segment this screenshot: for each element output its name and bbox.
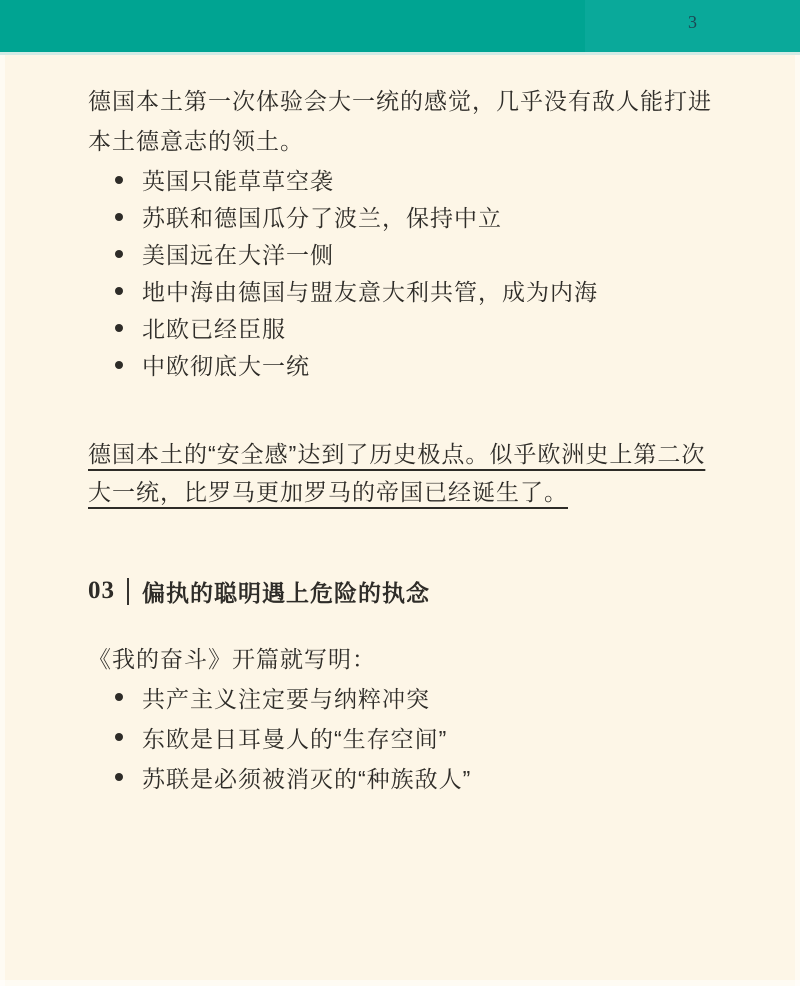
list-item: 苏联是必须被消灭的“种族敌人” xyxy=(88,757,728,797)
bullet-dot xyxy=(115,733,123,741)
section-title: 偏执的聪明遇上危险的执念 xyxy=(142,575,430,608)
underlined-paragraph: 德国本土的“安全感”达到了历史极点。似乎欧洲史上第二次 大一统，比罗马更加罗马的… xyxy=(88,435,728,511)
bullet-dot xyxy=(115,213,123,221)
list-item: 东欧是日耳曼人的“生存空间” xyxy=(88,717,728,757)
list-item: 苏联和德国瓜分了波兰，保持中立 xyxy=(88,198,728,235)
list-item: 中欧彻底大一统 xyxy=(88,346,728,383)
list-item: 共产主义注定要与纳粹冲突 xyxy=(88,677,728,717)
section-number: 03 xyxy=(88,577,115,605)
list-item: 北欧已经臣服 xyxy=(88,309,728,346)
bullet-list-security: 英国只能草草空袭 苏联和德国瓜分了波兰，保持中立 美国远在大洋一侧 地中海由德国… xyxy=(88,161,728,383)
underlined-line: 大一统，比罗马更加罗马的帝国已经诞生了。 xyxy=(88,473,728,511)
bullet-dot xyxy=(115,287,123,295)
section-divider-bar xyxy=(127,578,129,605)
paragraph-mein-kampf: 《我的奋斗》开篇就写明： xyxy=(88,641,728,677)
paragraph-intro: 德国本土第一次体验会大一统的感觉，几乎没有敌人能打进 本土德意志的领土。 xyxy=(88,81,728,161)
list-item-text: 苏联是必须被消灭的“种族敌人” xyxy=(142,761,471,794)
bullet-dot xyxy=(115,176,123,184)
list-item-text: 北欧已经臣服 xyxy=(142,311,286,344)
list-item: 美国远在大洋一侧 xyxy=(88,235,728,272)
list-item: 地中海由德国与盟友意大利共管，成为内海 xyxy=(88,272,728,309)
paragraph-line: 德国本土第一次体验会大一统的感觉，几乎没有敌人能打进 xyxy=(88,81,728,121)
paragraph-line: 本土德意志的领土。 xyxy=(88,121,728,161)
list-item-text: 东欧是日耳曼人的“生存空间” xyxy=(142,721,447,754)
list-item-text: 英国只能草草空袭 xyxy=(142,163,334,196)
underlined-line: 德国本土的“安全感”达到了历史极点。似乎欧洲史上第二次 xyxy=(88,435,728,473)
bullet-list-mein-kampf: 共产主义注定要与纳粹冲突 东欧是日耳曼人的“生存空间” 苏联是必须被消灭的“种族… xyxy=(88,677,728,797)
bullet-dot xyxy=(115,324,123,332)
list-item-text: 美国远在大洋一侧 xyxy=(142,237,334,270)
document-page: 3 德国本土第一次体验会大一统的感觉，几乎没有敌人能打进 本土德意志的领土。 英… xyxy=(0,0,800,986)
list-item-text: 共产主义注定要与纳粹冲突 xyxy=(142,681,430,714)
bullet-dot xyxy=(115,361,123,369)
list-item-text: 中欧彻底大一统 xyxy=(142,348,310,381)
bullet-dot xyxy=(115,693,123,701)
list-item: 英国只能草草空袭 xyxy=(88,161,728,198)
page-content: 德国本土第一次体验会大一统的感觉，几乎没有敌人能打进 本土德意志的领土。 英国只… xyxy=(88,0,728,797)
list-item-text: 地中海由德国与盟友意大利共管，成为内海 xyxy=(142,274,598,307)
bullet-dot xyxy=(115,773,123,781)
bullet-dot xyxy=(115,250,123,258)
section-heading: 03 偏执的聪明遇上危险的执念 xyxy=(88,576,728,606)
list-item-text: 苏联和德国瓜分了波兰，保持中立 xyxy=(142,200,502,233)
